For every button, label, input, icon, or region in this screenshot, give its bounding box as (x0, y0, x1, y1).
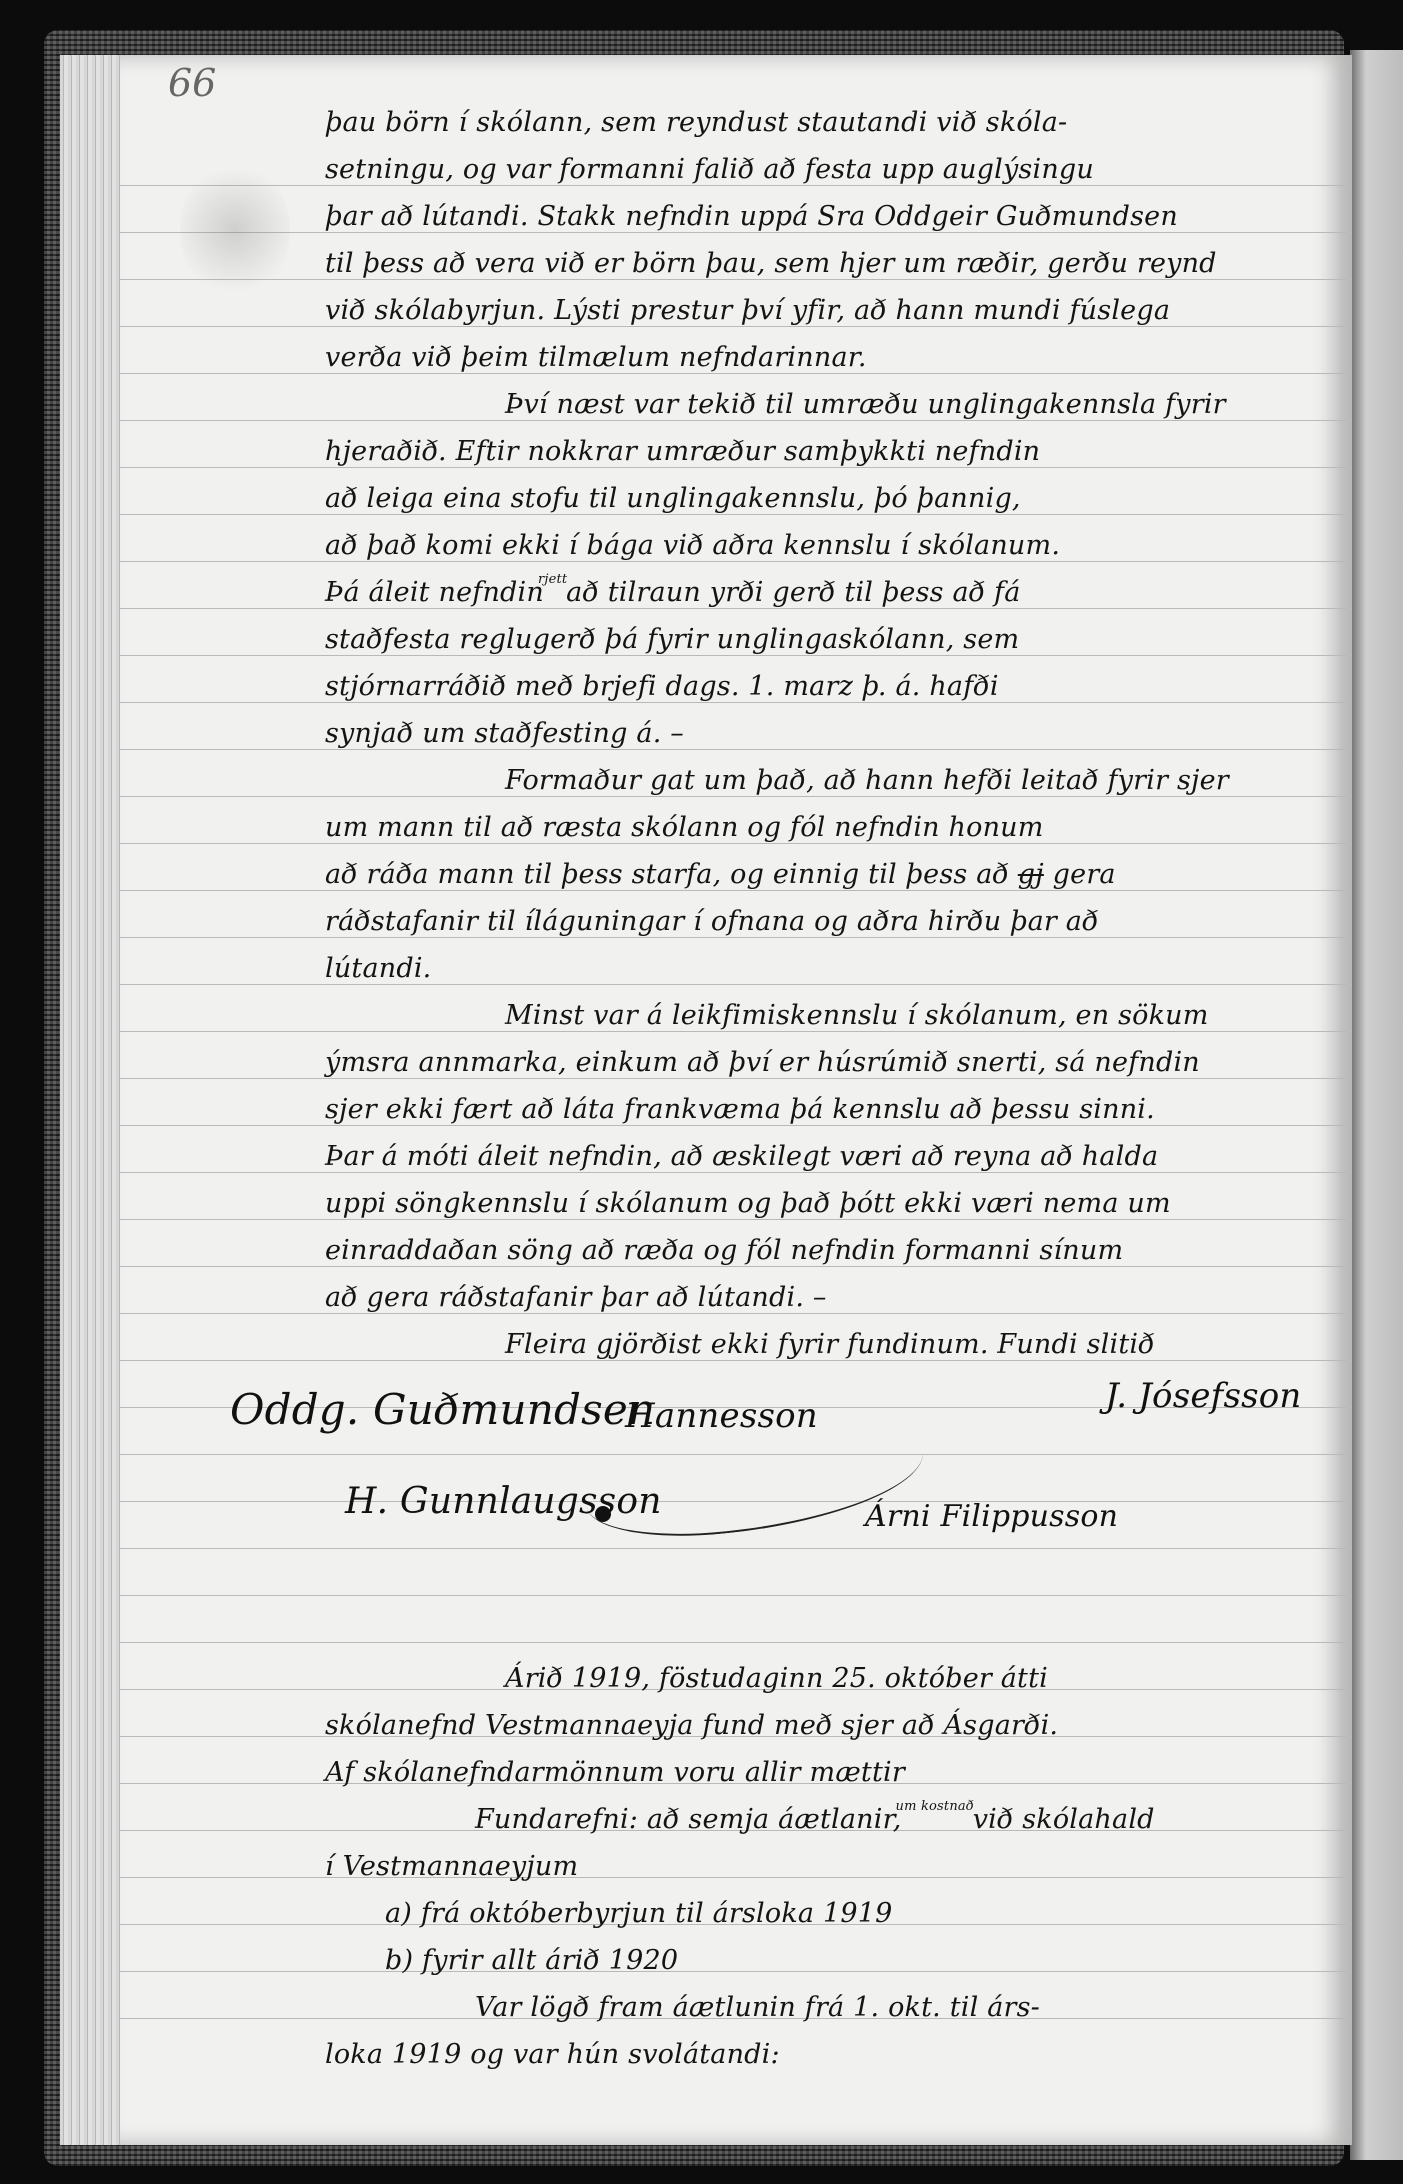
text-line: ráðstafanir til íláguningar í ofnana og … (325, 898, 1345, 945)
inserted-word: um kostnað (896, 1799, 974, 1814)
text-fragment: að tilraun yrði gerð til þess að fá (566, 577, 1020, 608)
text-line: að ráða mann til þess starfa, og einnig … (325, 851, 1345, 898)
adjacent-page-edge (1350, 50, 1403, 2160)
text-fragment: Þá áleit nefndin (325, 577, 544, 608)
paragraph-gymnastics-singing: Minst var á leikfimiskennslu í skólanum,… (325, 992, 1345, 1321)
signature: Árni Filippusson (865, 1493, 1118, 1540)
text-fragment: gera (1053, 859, 1116, 890)
text-line: Var lögð fram áætlunin frá 1. okt. til á… (325, 1984, 1345, 2031)
text-line: lútandi. (325, 945, 1345, 992)
page-stack-edge (60, 55, 123, 2145)
signature: Oddg. Guðmundsen (230, 1386, 655, 1433)
fingerprint-smudge (180, 160, 290, 300)
paragraph-school-enrollment: þau börn í skólann, sem reyndust stautan… (325, 99, 1345, 381)
text-line: einraddaðan söng að ræða og fól nefndin … (325, 1227, 1345, 1274)
text-line: Árið 1919, föstudaginn 25. október átti (325, 1655, 1345, 1702)
text-line: hjeraðið. Eftir nokkrar umræður samþykkt… (325, 428, 1345, 475)
paragraph-youth-education: Því næst var tekið til umræðu unglingake… (325, 381, 1345, 757)
text-line: sjer ekki fært að láta frankvæma þá kenn… (325, 1086, 1345, 1133)
text-line: við skólabyrjun. Lýsti prestur því yfir,… (325, 287, 1345, 334)
text-line: ýmsra annmarka, einkum að því er húsrúmi… (325, 1039, 1345, 1086)
ink-blot (595, 1506, 611, 1522)
text-line: synjað um staðfesting á. – (325, 710, 1345, 757)
text-line: stjórnarráðið með brjefi dags. 1. marz þ… (325, 663, 1345, 710)
spacer-line (325, 1608, 1345, 1655)
inserted-word: rjett (538, 572, 567, 587)
text-fragment: við skólahald (973, 1804, 1155, 1835)
text-line: setningu, og var formanni falið að festa… (325, 146, 1345, 193)
list-label: b) (385, 1945, 413, 1976)
text-line: þar að lútandi. Stakk nefndin uppá Sra O… (325, 193, 1345, 240)
text-line: skólanefnd Vestmannaeyja fund með sjer a… (325, 1702, 1345, 1749)
text-line: í Vestmannaeyjum (325, 1843, 1345, 1890)
text-line: Formaður gat um það, að hann hefði leita… (325, 757, 1345, 804)
list-text: fyrir allt árið 1920 (422, 1945, 678, 1976)
text-line: um mann til að ræsta skólann og fól nefn… (325, 804, 1345, 851)
signature: J. Jósefsson (1105, 1373, 1302, 1420)
text-line: að gera ráðstafanir þar að lútandi. – (325, 1274, 1345, 1321)
text-line: þau börn í skólann, sem reyndust stautan… (325, 99, 1345, 146)
ledger-page: 66 þau börn í skólann, sem reyndust stau… (120, 55, 1352, 2145)
text-line: Minst var á leikfimiskennslu í skólanum,… (325, 992, 1345, 1039)
text-fragment: að ráða mann til þess starfa, og einnig … (325, 859, 1009, 890)
text-line: staðfesta reglugerð þá fyrir unglingaskó… (325, 616, 1345, 663)
text-line: verða við þeim tilmælum nefndarinnar. (325, 334, 1345, 381)
text-line: loka 1919 og var hún svolátandi: (325, 2031, 1345, 2078)
list-text: frá októberbyrjun til ársloka 1919 (421, 1898, 893, 1929)
text-line: að leiga eina stofu til unglingakennslu,… (325, 475, 1345, 522)
text-line: Þar á móti áleit nefndin, að æskilegt væ… (325, 1133, 1345, 1180)
text-fragment: Fundarefni: að semja áætlanir, (475, 1804, 902, 1835)
agenda-line: Fundarefni: að semja áætlanir,um kostnað… (325, 1796, 1345, 1843)
signature-block: Oddg. Guðmundsen Hannesson J. Jósefsson … (325, 1368, 1345, 1608)
list-item: b) fyrir allt árið 1920 (325, 1937, 1345, 1984)
page-number: 66 (168, 61, 216, 105)
text-line: til þess að vera við er börn þau, sem hj… (325, 240, 1345, 287)
struck-text: gj (1018, 859, 1044, 890)
text-line: að það komi ekki í bága við aðra kennslu… (325, 522, 1345, 569)
text-line: uppi söngkennslu í skólanum og það þótt … (325, 1180, 1345, 1227)
meeting-closing: Fleira gjörðist ekki fyrir fundinum. Fun… (325, 1321, 1345, 1368)
agenda-list: a) frá októberbyrjun til ársloka 1919 b)… (325, 1890, 1345, 1984)
paragraph-caretaker: Formaður gat um það, að hann hefði leita… (325, 757, 1345, 992)
list-item: a) frá októberbyrjun til ársloka 1919 (325, 1890, 1345, 1937)
text-line: Af skólanefndarmönnum voru allir mættir (325, 1749, 1345, 1796)
list-label: a) (385, 1898, 412, 1929)
handwritten-text: þau börn í skólann, sem reyndust stautan… (325, 99, 1345, 2078)
text-line: Því næst var tekið til umræðu unglingake… (325, 381, 1345, 428)
meeting-opening: Árið 1919, föstudaginn 25. október átti … (325, 1655, 1345, 1796)
text-line: Þá áleit nefndinrjett að tilraun yrði ge… (325, 569, 1345, 616)
